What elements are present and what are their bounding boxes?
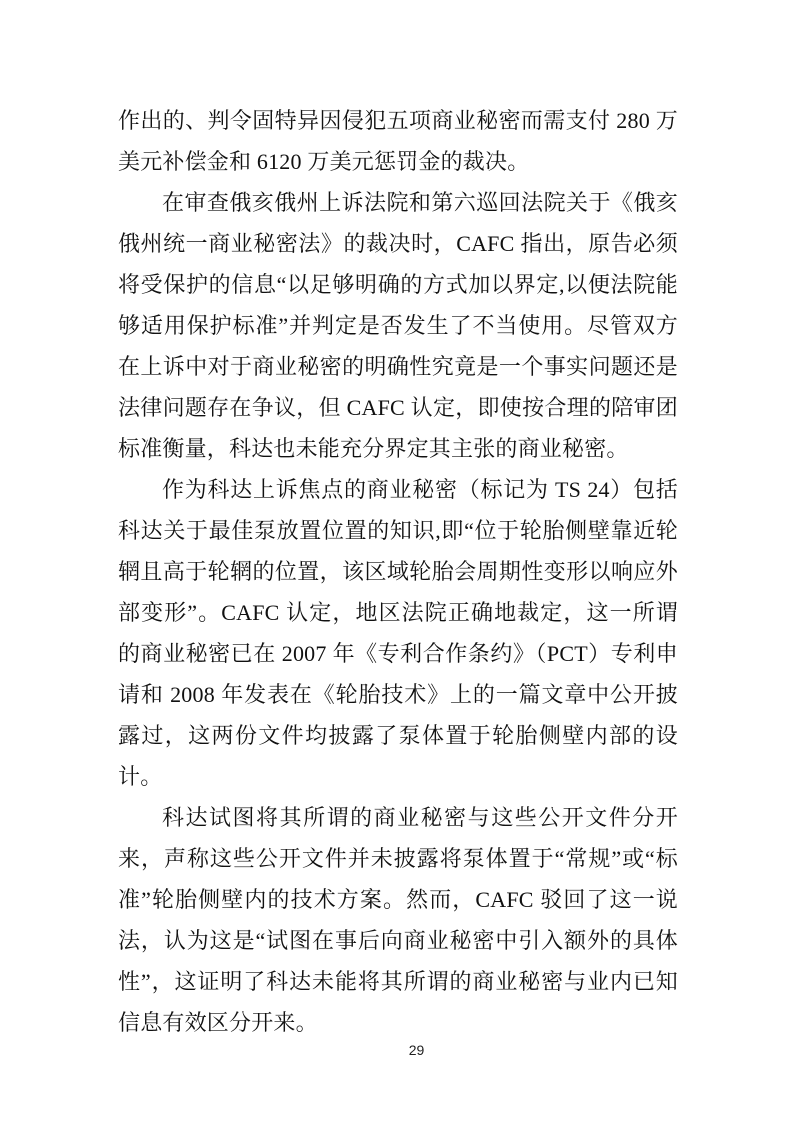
paragraph: 作出的、判令固特异因侵犯五项商业秘密而需支付 280 万美元补偿金和 6120 … (118, 100, 678, 182)
body-text: 作出的、判令固特异因侵犯五项商业秘密而需支付 280 万美元补偿金和 6120 … (118, 100, 678, 1043)
paragraph: 科达试图将其所谓的商业秘密与这些公开文件分开来，声称这些公开文件并未披露将泵体置… (118, 797, 678, 1043)
document-page: 作出的、判令固特异因侵犯五项商业秘密而需支付 280 万美元补偿金和 6120 … (0, 0, 793, 1122)
paragraph: 在审查俄亥俄州上诉法院和第六巡回法院关于《俄亥俄州统一商业秘密法》的裁决时，CA… (118, 182, 678, 469)
paragraph: 作为科达上诉焦点的商业秘密（标记为 TS 24）包括科达关于最佳泵放置位置的知识… (118, 469, 678, 797)
page-number: 29 (20, 1042, 793, 1058)
